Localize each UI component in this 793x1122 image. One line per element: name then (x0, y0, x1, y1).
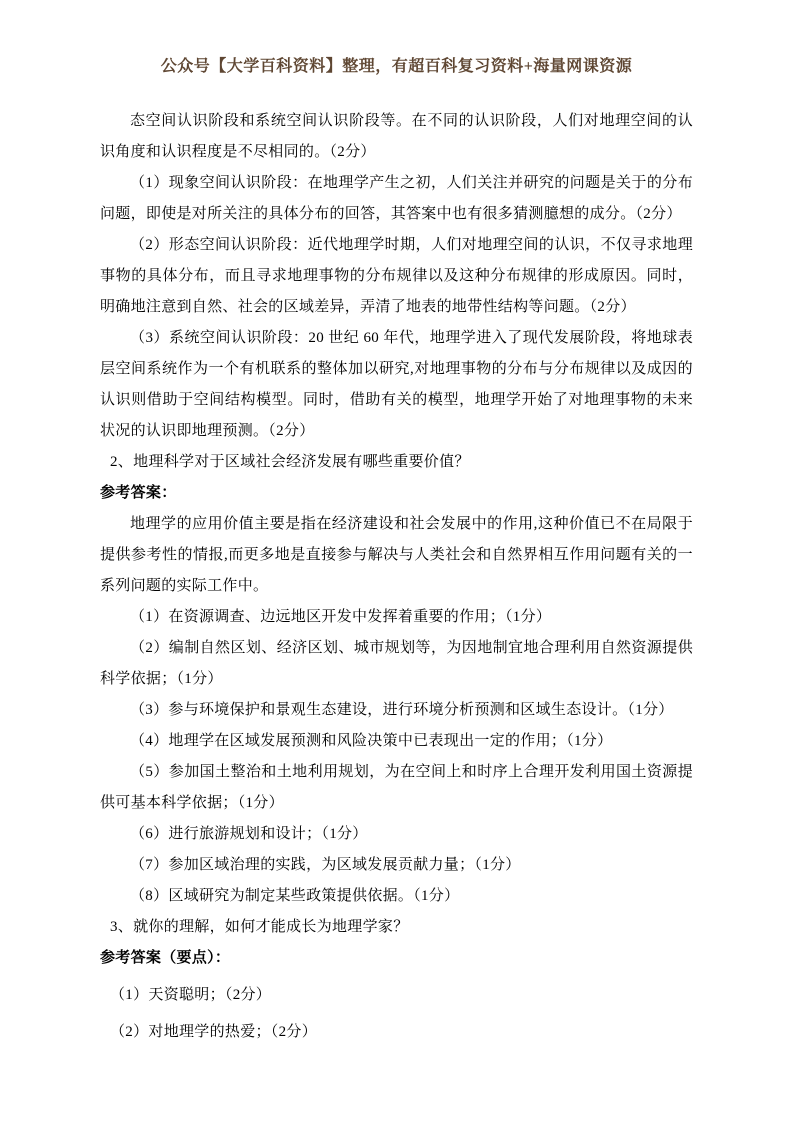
answer-q2-item-6: （6）进行旅游规划和设计；（1分） (100, 819, 693, 850)
answer-q2-item-1: （1）在资源调查、边远地区开发中发挥着重要的作用；（1分） (100, 602, 693, 633)
answer-q2-intro: 地理学的应用价值主要是指在经济建设和社会发展中的作用,这种价值已不在局限于提供参… (100, 509, 693, 602)
question-3: 3、就你的理解，如何才能成长为地理学家？ (100, 912, 693, 943)
document-page: 公众号【大学百科资料】整理，有超百科复习资料+海量网课资源 态空间认识阶段和系统… (0, 0, 793, 1122)
stage-item-3: （3）系统空间认识阶段：20 世纪 60 年代，地理学进入了现代发展阶段，将地球… (100, 323, 693, 447)
answer-q2-item-4: （4）地理学在区域发展预测和风险决策中已表现出一定的作用；（1分） (100, 726, 693, 757)
answer-q3-item-2: （2）对地理学的热爱；（2分） (100, 1017, 693, 1048)
answer-q2-item-5: （5）参加国土整治和土地利用规划，为在空间上和时序上合理开发利用国土资源提供可基… (100, 757, 693, 819)
answer-q3-item-1: （1）天资聪明；（2分） (100, 980, 693, 1011)
answer-heading-q3: 参考答案（要点）： (100, 943, 693, 974)
answer-q2-item-2: （2）编制自然区划、经济区划、城市规划等，为因地制宜地合理利用自然资源提供科学依… (100, 633, 693, 695)
answer-heading-q2: 参考答案： (100, 478, 693, 509)
answer-q2-item-7: （7）参加区域治理的实践，为区域发展贡献力量；（1分） (100, 850, 693, 881)
answer-q2-item-3: （3）参与环境保护和景观生态建设，进行环境分析预测和区域生态设计。（1分） (100, 695, 693, 726)
doc-header-title: 公众号【大学百科资料】整理，有超百科复习资料+海量网课资源 (100, 56, 693, 78)
answer-q2-item-8: （8）区域研究为制定某些政策提供依据。（1分） (100, 881, 693, 912)
stage-item-1: （1）现象空间认识阶段：在地理学产生之初，人们关注并研究的问题是关于的分布问题，… (100, 168, 693, 230)
question-2: 2、地理科学对于区域社会经济发展有哪些重要价值？ (100, 447, 693, 478)
paragraph-continuation: 态空间认识阶段和系统空间认识阶段等。在不同的认识阶段，人们对地理空间的认识角度和… (100, 106, 693, 168)
stage-item-2: （2）形态空间认识阶段：近代地理学时期，人们对地理空间的认识，不仅寻求地理事物的… (100, 230, 693, 323)
